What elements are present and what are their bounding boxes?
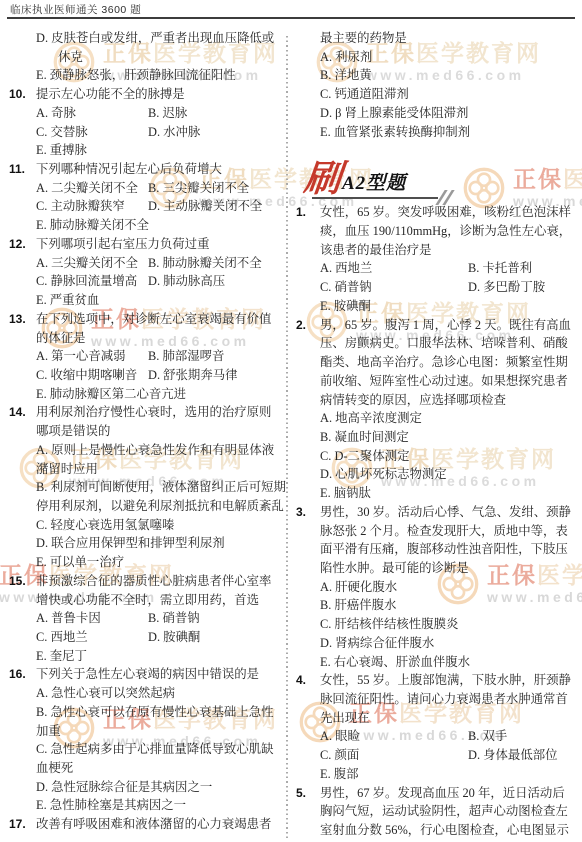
line-text: E. 严重贫血 <box>36 293 99 307</box>
text-line: 的体征是 <box>36 329 284 348</box>
text-line: 最主要的药物是 <box>320 29 580 48</box>
line-text: 女性，65 岁。突发呼吸困难，咳粉红色泡沫样 <box>320 205 571 219</box>
text-line: E. 腹部 <box>320 765 580 784</box>
text-line: B. 利尿剂可间断使用，液体潴留纠正后可短期 <box>36 478 284 497</box>
option-second-column: D. 水冲脉 <box>148 123 200 142</box>
question-number: 10. <box>9 85 26 104</box>
text-line: 增快或心功能不全时，需立即用药，首选 <box>36 591 284 610</box>
question-number: 17. <box>9 815 26 834</box>
line-text: 胸闷气短，运动试验阴性，超声心动图检查左 <box>320 804 568 818</box>
text-line: C. 肝结核伴结核性腹膜炎 <box>320 615 580 634</box>
line-text: A. 眼睑 <box>320 729 360 743</box>
line-text: 脉怒张 2 个月。检查发现肝大，质地中等，表 <box>320 524 568 538</box>
line-text: A. 普鲁卡因 <box>36 611 101 625</box>
line-text: 压、房颤病史。口服华法林、培哚普利、硝酸 <box>320 336 568 350</box>
line-text: 下列哪种情况引起左心后负荷增大 <box>36 162 222 176</box>
text-line: D. 联合应用保钾型和排钾型利尿剂 <box>36 534 284 553</box>
text-line: A. 第一心音减弱B. 肺部湿啰音 <box>36 347 284 366</box>
line-text: A. 三尖瓣关闭不全 <box>36 256 138 270</box>
line-text: E. 重搏脉 <box>36 143 87 157</box>
text-line: D. 皮肤苍白或发绀，严重者出现血压降低或 <box>36 29 284 48</box>
line-text: 室射血分数 56%，行心电图检查，心电图显示 <box>320 823 569 837</box>
line-text: A. 奇脉 <box>36 106 76 120</box>
question-number: 2. <box>296 316 306 335</box>
line-text: C. D-二聚体测定 <box>320 449 410 463</box>
option-second-column: B. 肺部湿啰音 <box>148 347 224 366</box>
line-text: D. 肾病综合征伴腹水 <box>320 636 434 650</box>
question-line: 11.下列哪种情况引起左心后负荷增大 <box>36 160 284 179</box>
question-line: 13.在下列选项中，对诊断左心室衰竭最有价值 <box>36 310 284 329</box>
text-line: C. 交替脉D. 水冲脉 <box>36 123 284 142</box>
question-line: 12.下列哪项引起右室压力负荷过重 <box>36 235 284 254</box>
text-line: E. 脑钠肽 <box>320 484 580 503</box>
text-line: E. 肺动脉瓣关闭不全 <box>36 216 284 235</box>
text-line: 压、房颤病史。口服华法林、培哚普利、硝酸 <box>320 334 580 353</box>
text-line: D. 心肌坏死标志物测定 <box>320 465 580 484</box>
question-line: 14.用利尿剂治疗慢性心衰时，选用的治疗原则 <box>36 403 284 422</box>
question-number: 4. <box>296 671 306 690</box>
option-second-column: B. 三尖瓣关闭不全 <box>148 179 249 198</box>
line-text: A. 二尖瓣关闭不全 <box>36 181 138 195</box>
text-line: 面平滑有压痛，腹部移动性浊音阳性，下肢压 <box>320 540 580 559</box>
line-text: C. 颜面 <box>320 748 359 762</box>
line-text: D. 心肌坏死标志物测定 <box>320 467 447 481</box>
line-text: D. 急性冠脉综合征是其病因之一 <box>36 780 212 794</box>
question-line: 5.男性，67 岁。发现高血压 20 年，近日活动后 <box>320 784 580 803</box>
question-line: 4.女性，55 岁。上腹部饱满，下肢水肿，肝颈静 <box>320 671 580 690</box>
text-line: 先出现在 <box>320 709 580 728</box>
text-line: 前收缩、短阵室性心动过速。如果想探究患者 <box>320 372 580 391</box>
text-line: 停用利尿剂，以避免利尿剂抵抗和电解质紊乱 <box>36 497 284 516</box>
text-line: A. 急性心衰可以突然起病 <box>36 684 284 703</box>
question-line: 16.下列关于急性左心衰竭的病因中错误的是 <box>36 665 284 684</box>
line-text: C. 硝普钠 <box>320 280 372 294</box>
line-text: A. 利尿剂 <box>320 50 372 64</box>
line-text: E. 右心衰竭、肝淤血伴腹水 <box>320 655 470 669</box>
question-line: 3.男性，30 岁。活动后心悸、气急、发绀、颈静 <box>320 503 580 522</box>
line-text: 男性，67 岁。发现高血压 20 年，近日活动后 <box>320 786 565 800</box>
option-second-column: D. 主动脉瓣关闭不全 <box>148 197 262 216</box>
line-text: C. 急性起病多由于心排血量降低导致心肌缺 <box>36 742 274 756</box>
line-text: C. 轻度心衰选用氢氯噻嗪 <box>36 518 174 532</box>
text-line: E. 可以单一治疗 <box>36 553 284 572</box>
line-text: C. 收缩中期喀喇音 <box>36 368 137 382</box>
line-text: 男性，30 岁。活动后心悸、气急、发绀、颈静 <box>320 505 571 519</box>
line-text: 下列关于急性左心衰竭的病因中错误的是 <box>36 667 259 681</box>
line-text: 增快或心功能不全时，需立即用药，首选 <box>36 593 259 607</box>
text-line: C. 轻度心衰选用氢氯噻嗪 <box>36 516 284 535</box>
line-text: 休克 <box>36 50 83 64</box>
line-text: A. 西地兰 <box>320 261 372 275</box>
line-text: 面平滑有压痛，腹部移动性浊音阳性，下肢压 <box>320 542 568 556</box>
question-number: 5. <box>296 784 306 803</box>
option-second-column: D. 身体最低部位 <box>468 746 558 765</box>
right-column: 最主要的药物是A. 利尿剂B. 洋地黄C. 钙通道阻滞剂D. β 肾上腺素能受体… <box>320 29 580 840</box>
line-text: 的体征是 <box>36 331 86 345</box>
header-rule <box>7 17 575 19</box>
line-text: 酯类、地高辛治疗。急诊心电图：频繁室性期 <box>320 355 568 369</box>
text-line: D. 急性冠脉综合征是其病因之一 <box>36 778 284 797</box>
option-second-column: D. 肺动脉高压 <box>148 272 225 291</box>
text-line: E. 重搏脉 <box>36 141 284 160</box>
line-text: C. 西地兰 <box>36 630 88 644</box>
text-line: 脉怒张 2 个月。检查发现肝大，质地中等，表 <box>320 522 580 541</box>
text-line: B. 急性心衰可以在原有慢性心衰基础上急性 <box>36 703 284 722</box>
line-text: 改善有呼吸困难和液体潴留的心力衰竭患者 <box>36 817 271 831</box>
line-text: A. 地高辛浓度测定 <box>320 411 422 425</box>
question-number: 11. <box>9 160 25 179</box>
text-line: E. 肺动脉瓣区第二心音亢进 <box>36 385 284 404</box>
text-line: E. 急性肺栓塞是其病因之一 <box>36 796 284 815</box>
line-text: A. 第一心音减弱 <box>36 349 126 363</box>
text-line: A. 肝硬化腹水 <box>320 578 580 597</box>
line-text: B. 洋地黄 <box>320 68 372 82</box>
option-second-column: B. 肺动脉瓣关闭不全 <box>148 254 262 273</box>
question-number: 13. <box>9 310 26 329</box>
line-text: D. β 肾上腺素能受体阻滞剂 <box>320 106 468 120</box>
exam-book-page: 正保医学教育网www.med66.com正保医学教育网www.med66.com… <box>0 0 582 842</box>
line-text: 病情转变的原因，应选择哪项检查 <box>320 393 506 407</box>
line-text: D. 联合应用保钾型和排钾型利尿剂 <box>36 536 225 550</box>
text-line: E. 胺碘酮 <box>320 297 580 316</box>
option-second-column: B. 硝普钠 <box>148 609 200 628</box>
line-text: E. 脑钠肽 <box>320 486 371 500</box>
text-line: C. 主动脉瓣狭窄D. 主动脉瓣关闭不全 <box>36 197 284 216</box>
text-line: 休克 <box>36 48 284 67</box>
option-second-column: B. 卡托普利 <box>468 259 532 278</box>
question-line: 2.男，65 岁。腹泻 1 周，心悸 2 天。既往有高血 <box>320 316 580 335</box>
question-line: 15.非预激综合征的器质性心脏病患者伴心室率 <box>36 572 284 591</box>
text-line: E. 奎尼丁 <box>36 647 284 666</box>
option-second-column: D. 舒张期奔马律 <box>148 366 238 385</box>
text-line: 潴留时应用 <box>36 460 284 479</box>
line-text: E. 急性肺栓塞是其病因之一 <box>36 798 186 812</box>
text-line: C. 静脉回流量增高D. 肺动脉高压 <box>36 272 284 291</box>
line-text: B. 利尿剂可间断使用，液体潴留纠正后可短期 <box>36 480 286 494</box>
line-text: C. 交替脉 <box>36 125 88 139</box>
question-line: 17.改善有呼吸困难和液体潴留的心力衰竭患者 <box>36 815 284 834</box>
line-text: A. 原则上是慢性心衰急性发作和有明显体液 <box>36 443 274 457</box>
text-line: C. 西地兰D. 胺碘酮 <box>36 628 284 647</box>
line-text: 女性，55 岁。上腹部饱满，下肢水肿，肝颈静 <box>320 673 571 687</box>
line-text: 痰，血压 190/110mmHg，诊断为急性左心衰， <box>320 224 571 238</box>
text-line: 胸闷气短，运动试验阴性，超声心动图检查左 <box>320 802 580 821</box>
text-line: C. 钙通道阻滞剂 <box>320 85 580 104</box>
line-text: 在下列选项中，对诊断左心室衰竭最有价值 <box>36 312 271 326</box>
text-line: 病情转变的原因，应选择哪项检查 <box>320 391 580 410</box>
text-line: 脉回流征阳性。请问心力衰竭患者水肿通常首 <box>320 690 580 709</box>
question-line: 1.女性，65 岁。突发呼吸困难，咳粉红色泡沫样 <box>320 203 580 222</box>
text-line: D. β 肾上腺素能受体阻滞剂 <box>320 104 580 123</box>
line-text: 陷性水肿。最可能的诊断是 <box>320 561 469 575</box>
text-line: A. 原则上是慢性心衰急性发作和有明显体液 <box>36 441 284 460</box>
line-text: 停用利尿剂，以避免利尿剂抵抗和电解质紊乱 <box>36 499 284 513</box>
text-line: E. 右心衰竭、肝淤血伴腹水 <box>320 653 580 672</box>
line-text: B. 凝血时间测定 <box>320 430 409 444</box>
line-text: 最主要的药物是 <box>320 31 407 45</box>
line-text: 加重 <box>36 724 61 738</box>
line-text: 脉回流征阳性。请问心力衰竭患者水肿通常首 <box>320 692 568 706</box>
text-line: A. 三尖瓣关闭不全B. 肺动脉瓣关闭不全 <box>36 254 284 273</box>
line-text: B. 急性心衰可以在原有慢性心衰基础上急性 <box>36 705 274 719</box>
text-line: D. 肾病综合征伴腹水 <box>320 634 580 653</box>
heading-underline <box>312 197 438 199</box>
text-line: 该患者的最佳治疗是 <box>320 241 580 260</box>
option-second-column: D. 多巴酚丁胺 <box>468 278 545 297</box>
question-line: 10.提示左心功能不全的脉搏是 <box>36 85 284 104</box>
line-text: 该患者的最佳治疗是 <box>320 243 432 257</box>
text-line: E. 血管紧张素转换酶抑制剂 <box>320 123 580 142</box>
line-text: 下列哪项引起右室压力负荷过重 <box>36 237 209 251</box>
question-number: 14. <box>9 403 26 422</box>
text-line: A. 利尿剂 <box>320 48 580 67</box>
text-line: A. 眼睑B. 双手 <box>320 727 580 746</box>
line-text: 先出现在 <box>320 711 370 725</box>
line-text: D. 皮肤苍白或发绀，严重者出现血压降低或 <box>36 31 274 45</box>
line-text: E. 肺动脉瓣区第二心音亢进 <box>36 387 186 401</box>
section-heading-label: A2型题 <box>342 174 406 193</box>
question-number: 12. <box>9 235 26 254</box>
text-line: 痰，血压 190/110mmHg，诊断为急性左心衰， <box>320 222 580 241</box>
question-number: 3. <box>296 503 306 522</box>
line-text: 潴留时应用 <box>36 462 98 476</box>
line-text: 哪项是错误的 <box>36 424 110 438</box>
option-second-column: B. 双手 <box>468 727 507 746</box>
line-text: C. 静脉回流量增高 <box>36 274 137 288</box>
text-line: A. 西地兰B. 卡托普利 <box>320 259 580 278</box>
line-text: A. 肝硬化腹水 <box>320 580 397 594</box>
line-text: 血梗死 <box>36 761 73 775</box>
line-text: A. 急性心衰可以突然起病 <box>36 686 175 700</box>
text-line: 陷性水肿。最可能的诊断是 <box>320 559 580 578</box>
option-second-column: D. 胺碘酮 <box>148 628 200 647</box>
text-line: E. 颈静脉怒张，肝颈静脉回流征阳性 <box>36 66 284 85</box>
line-text: E. 胺碘酮 <box>320 299 371 313</box>
line-text: E. 血管紧张素转换酶抑制剂 <box>320 125 470 139</box>
line-text: 非预激综合征的器质性心脏病患者伴心室率 <box>36 574 271 588</box>
line-text: E. 腹部 <box>320 767 359 781</box>
text-line: 酯类、地高辛治疗。急诊心电图：频繁室性期 <box>320 353 580 372</box>
option-second-column: B. 迟脉 <box>148 104 187 123</box>
line-text: E. 肺动脉瓣关闭不全 <box>36 218 149 232</box>
text-line: 加重 <box>36 722 284 741</box>
text-line: E. 严重贫血 <box>36 291 284 310</box>
line-text: 前收缩、短阵室性心动过速。如果想探究患者 <box>320 374 568 388</box>
question-number: 1. <box>296 203 306 222</box>
left-column: D. 皮肤苍白或发绀，严重者出现血压降低或休克E. 颈静脉怒张，肝颈静脉回流征阳… <box>36 29 284 834</box>
text-line: A. 二尖瓣关闭不全B. 三尖瓣关闭不全 <box>36 179 284 198</box>
line-text: B. 肝癌伴腹水 <box>320 598 396 612</box>
line-text: E. 颈静脉怒张，肝颈静脉回流征阳性 <box>36 68 236 82</box>
text-line: A. 奇脉B. 迟脉 <box>36 104 284 123</box>
line-text: C. 钙通道阻滞剂 <box>320 87 409 101</box>
line-text: E. 可以单一治疗 <box>36 555 124 569</box>
line-text: E. 奎尼丁 <box>36 649 87 663</box>
text-line: C. 颜面D. 身体最低部位 <box>320 746 580 765</box>
line-text: 提示左心功能不全的脉搏是 <box>36 87 185 101</box>
line-text: 用利尿剂治疗慢性心衰时，选用的治疗原则 <box>36 405 271 419</box>
text-line: B. 肝癌伴腹水 <box>320 596 580 615</box>
page-header-title: 临床执业医师通关 3600 题 <box>10 2 141 17</box>
text-line: C. D-二聚体测定 <box>320 447 580 466</box>
text-line: C. 收缩中期喀喇音D. 舒张期奔马律 <box>36 366 284 385</box>
text-line: C. 急性起病多由于心排血量降低导致心肌缺 <box>36 740 284 759</box>
brush-stroke-char: 刷 <box>302 161 343 198</box>
text-line: 血梗死 <box>36 759 284 778</box>
column-divider <box>286 36 288 838</box>
text-line: 哪项是错误的 <box>36 422 284 441</box>
text-line: B. 洋地黄 <box>320 66 580 85</box>
text-line: 室射血分数 56%，行心电图检查，心电图显示 <box>320 821 580 840</box>
question-number: 15. <box>9 572 26 591</box>
question-number: 16. <box>9 665 26 684</box>
section-heading-a2: 刷 A2型题 <box>304 143 464 201</box>
line-text: 男，65 岁。腹泻 1 周，心悸 2 天。既往有高血 <box>320 318 571 332</box>
line-text: C. 肝结核伴结核性腹膜炎 <box>320 617 458 631</box>
line-text: C. 主动脉瓣狭窄 <box>36 199 125 213</box>
text-line: A. 普鲁卡因B. 硝普钠 <box>36 609 284 628</box>
text-line: B. 凝血时间测定 <box>320 428 580 447</box>
text-line: A. 地高辛浓度测定 <box>320 409 580 428</box>
text-line: C. 硝普钠D. 多巴酚丁胺 <box>320 278 580 297</box>
